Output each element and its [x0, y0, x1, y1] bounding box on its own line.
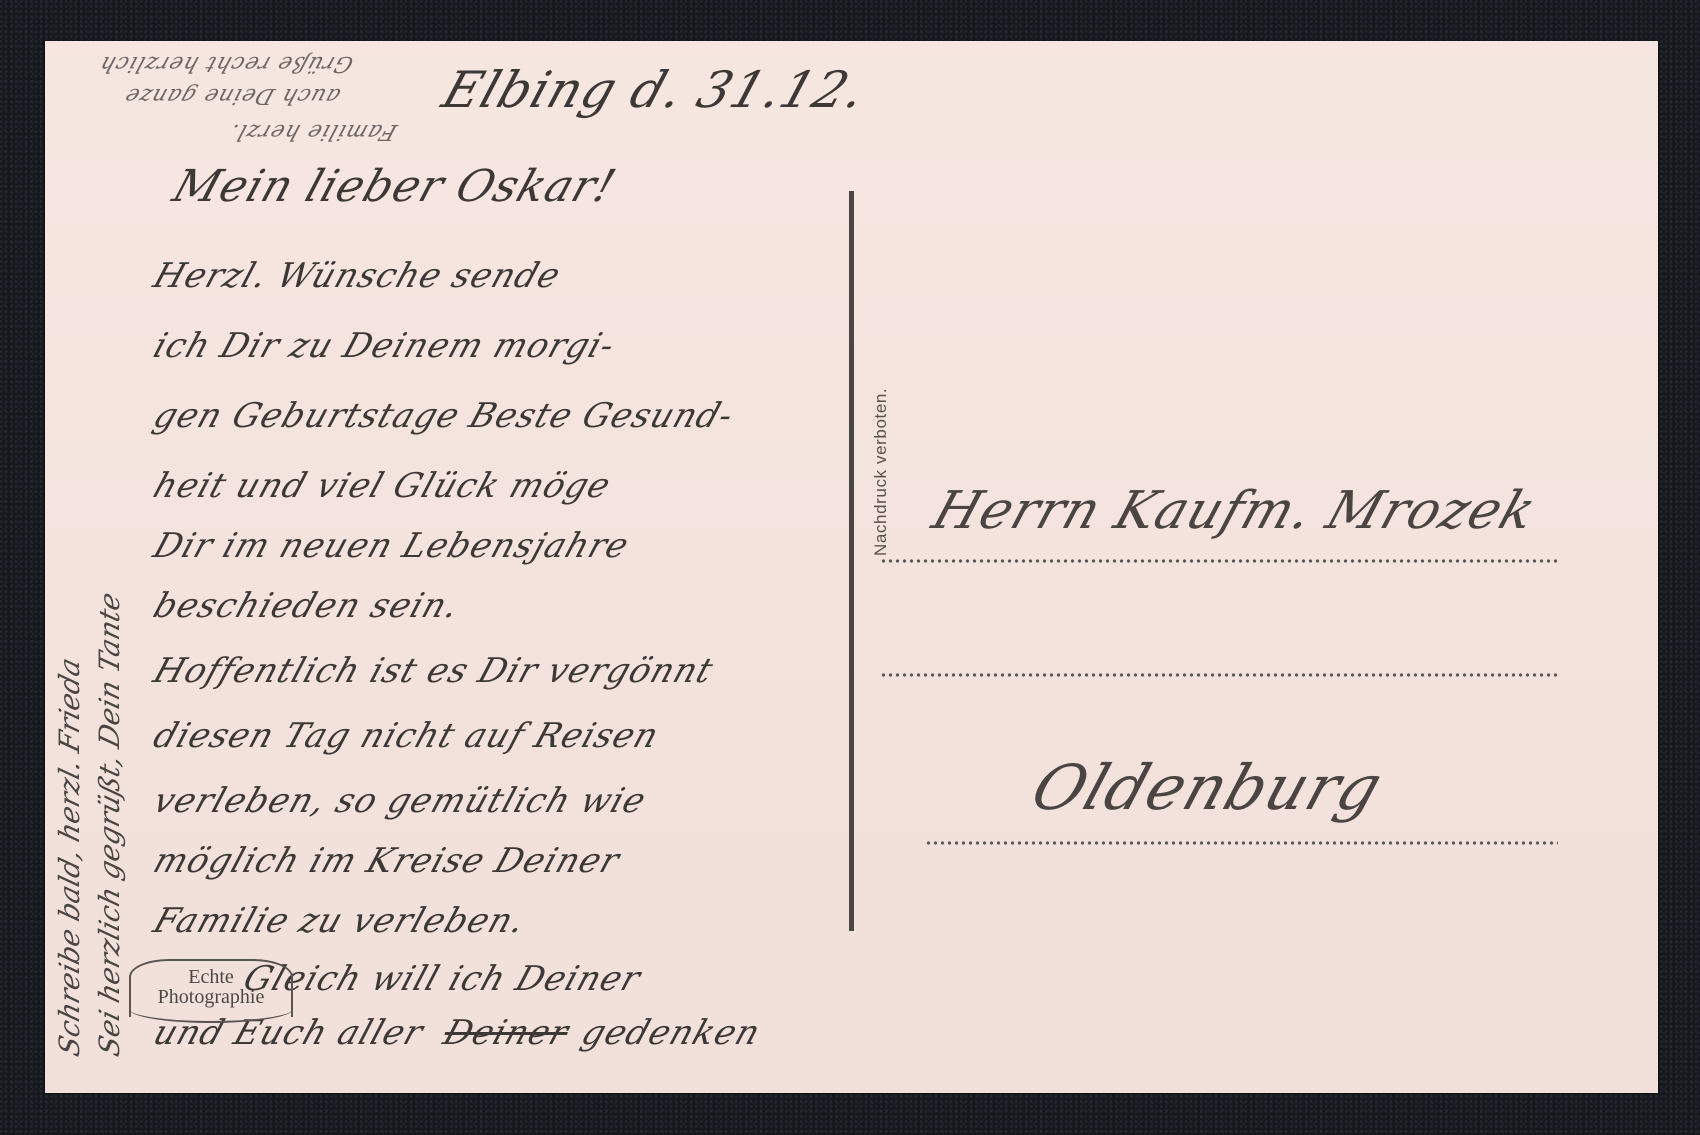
postcard-back: Grüße recht herzlich auch Deine ganze Fa… — [45, 41, 1658, 1093]
message-line: ich Dir zu Deinem morgi- — [149, 326, 621, 366]
message-line: Hoffentlich ist es Dir vergönnt — [149, 651, 719, 691]
message-line: heit und viel Glück möge — [149, 466, 617, 506]
salutation: Mein lieber Oskar! — [167, 161, 623, 212]
message-line: diesen Tag nicht auf Reisen — [149, 716, 665, 756]
address-line-2 — [880, 673, 1558, 677]
address-line-1 — [880, 559, 1558, 563]
message-line: Herzl. Wünsche sende — [149, 256, 566, 296]
message-line: Gleich will ich Deiner — [239, 959, 646, 999]
message-last-word: gedenken — [576, 1013, 765, 1053]
margin-note-2: Sei herzlich gegrüßt, Dein Tante — [93, 589, 126, 1060]
struck-word: Deiner — [439, 1013, 575, 1053]
message-line: verleben, so gemütlich wie — [149, 781, 652, 821]
message-line: Familie zu verleben. — [149, 901, 531, 941]
message-line: beschieden sein. — [149, 586, 465, 626]
margin-note-1: Schreibe bald, herzl. Frieda — [53, 654, 86, 1060]
photo-stamp: Echte Photographie — [129, 959, 293, 1017]
upside-down-line-3: Familie herzl. — [226, 119, 400, 144]
stamp-line-1: Echte — [131, 967, 291, 987]
stamp-line-2: Photographie — [131, 987, 291, 1007]
upside-down-line-2: auch Deine ganze — [121, 83, 344, 108]
imprint-text: Nachdruck verboten. — [871, 388, 891, 556]
center-divider — [849, 191, 854, 931]
message-line: möglich im Kreise Deiner — [149, 841, 625, 881]
place-date: Elbing d. 31.12. — [436, 61, 874, 119]
message-line: gen Geburtstage Beste Gesund- — [149, 396, 739, 436]
upside-down-line-1: Grüße recht herzlich — [96, 51, 357, 76]
message-line: Dir im neuen Lebensjahre — [149, 526, 635, 566]
address-line-3 — [925, 841, 1558, 845]
recipient-name: Herrn Kaufm. Mrozek — [925, 481, 1543, 541]
recipient-city: Oldenburg — [1023, 751, 1392, 824]
